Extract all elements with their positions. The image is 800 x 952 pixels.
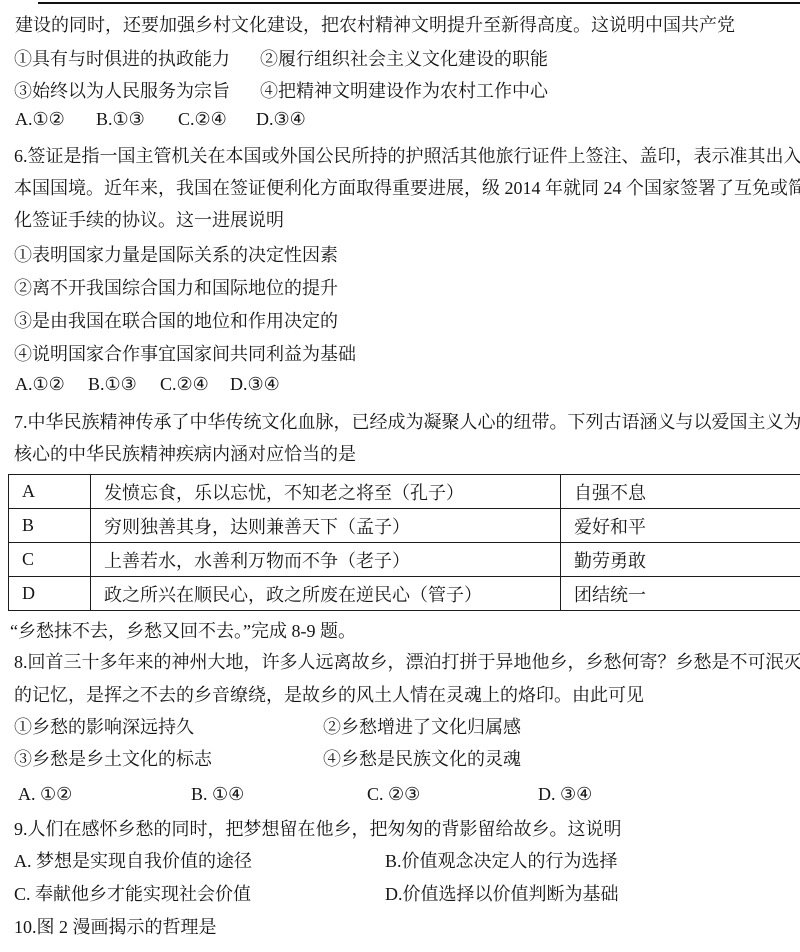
q6-choice-a: A.①② xyxy=(15,372,65,396)
q7-stem-text-2: 核心的中华民族精神疾病内涵对应恰当的是 xyxy=(14,442,356,466)
row-value: 自强不息 xyxy=(561,475,800,509)
q9-stem-text: 9.人们在感怀乡愁的同时，把梦想留在他乡，把匆匆的背影留给故乡。这说明 xyxy=(14,817,622,841)
top-rule-divider xyxy=(38,2,800,4)
q6-stem-text-3: 化签证手续的协议。这一进展说明 xyxy=(14,208,284,232)
q5-option-3: ③始终以为人民服务为宗旨 xyxy=(14,79,230,103)
table-row: D 政之所兴在顺民心，政之所废在逆民心（管子） 团结统一 xyxy=(9,577,800,611)
q5-stem-text: 建设的同时，还要加强乡村文化建设，把农村精神文明提升至新得高度。这说明中国共产党 xyxy=(15,13,735,37)
q8-stem-line-2: 的记忆，是挥之不去的乡音缭绕，是故乡的风土人情在灵魂上的烙印。由此可见 xyxy=(0,683,800,707)
q8-answer-choices: A. ①② B. ①④ C. ②③ D. ③④ xyxy=(0,782,800,806)
row-label: C xyxy=(9,543,91,577)
q5-options-line-2: ③始终以为人民服务为宗旨 ④把精神文明建设作为农村工作中心 xyxy=(0,79,800,103)
row-value: 勤劳勇敢 xyxy=(561,543,800,577)
q6-option-2: ②离不开我国综合国力和国际地位的提升 xyxy=(14,276,338,300)
q8-stem-text-2: 的记忆，是挥之不去的乡音缭绕，是故乡的风土人情在灵魂上的烙印。由此可见 xyxy=(14,683,644,707)
q6-choice-b: B.①③ xyxy=(88,372,137,396)
q6-stem-text-2: 本国国境。近年来，我国在签证便利化方面取得重要进展，级 2014 年就同 24 … xyxy=(14,176,800,200)
q8-stem-line-1: 8.回首三十多年来的神州大地，许多人远离故乡，漂泊打拼于异地他乡，乡愁何寄？乡愁… xyxy=(0,650,800,674)
q9-option-b: B.价值观念决定人的行为选择 xyxy=(385,849,618,873)
q9-options-line-2: C. 奉献他乡才能实现社会价值 D.价值选择以价值判断为基础 xyxy=(0,882,800,906)
q10-stem-line: 10.图 2 漫画揭示的哲理是 xyxy=(0,915,800,939)
row-quote: 政之所兴在顺民心，政之所废在逆民心（管子） xyxy=(91,577,561,611)
q7-stem-text-1: 7.中华民族精神传承了中华传统文化血脉，已经成为凝聚人心的纽带。下列古语涵义与以… xyxy=(14,410,800,434)
q6-option-line-2: ②离不开我国综合国力和国际地位的提升 xyxy=(0,276,800,300)
q9-options-line-1: A. 梦想是实现自我价值的途径 B.价值观念决定人的行为选择 xyxy=(0,849,800,873)
table-row: A 发愤忘食，乐以忘忧，不知老之将至（孔子） 自强不息 xyxy=(9,475,800,509)
q8-option-4: ④乡愁是民族文化的灵魂 xyxy=(323,747,521,771)
row-value: 爱好和平 xyxy=(561,509,800,543)
row-quote: 发愤忘食，乐以忘忧，不知老之将至（孔子） xyxy=(91,475,561,509)
q6-choice-c: C.②④ xyxy=(160,372,209,396)
q5-option-4: ④把精神文明建设作为农村工作中心 xyxy=(260,79,548,103)
q8-choice-b: B. ①④ xyxy=(191,782,244,806)
q6-option-3: ③是由我国在联合国的地位和作用决定的 xyxy=(14,309,338,333)
q5-choice-d: D.③④ xyxy=(256,107,306,131)
table-row: B 穷则独善其身，达则兼善天下（孟子） 爱好和平 xyxy=(9,509,800,543)
q7-match-table: A 发愤忘食，乐以忘忧，不知老之将至（孔子） 自强不息 B 穷则独善其身，达则兼… xyxy=(8,474,800,611)
q6-option-1: ①表明国家力量是国际关系的决定性因素 xyxy=(14,243,338,267)
q6-answer-choices: A.①② B.①③ C.②④ D.③④ xyxy=(0,372,800,396)
q5-stem-line: 建设的同时，还要加强乡村文化建设，把农村精神文明提升至新得高度。这说明中国共产党 xyxy=(0,13,800,37)
q6-stem-text-1: 6.签证是指一国主管机关在本国或外国公民所持的护照活其他旅行证件上签注、盖印，表… xyxy=(14,144,800,168)
q9-option-d: D.价值选择以价值判断为基础 xyxy=(385,882,619,906)
q8-option-2: ②乡愁增进了文化归属感 xyxy=(323,715,521,739)
q5-choice-b: B.①③ xyxy=(96,107,145,131)
q7-stem-line-2: 核心的中华民族精神疾病内涵对应恰当的是 xyxy=(0,442,800,466)
row-label: A xyxy=(9,475,91,509)
q8-intro-line: “乡愁抹不去，乡愁又回不去。”完成 8-9 题。 xyxy=(0,619,800,643)
q6-option-line-4: ④说明国家合作事宜国家间共同利益为基础 xyxy=(0,342,800,366)
q6-stem-line-1: 6.签证是指一国主管机关在本国或外国公民所持的护照活其他旅行证件上签注、盖印，表… xyxy=(0,144,800,168)
q7-stem-line-1: 7.中华民族精神传承了中华传统文化血脉，已经成为凝聚人心的纽带。下列古语涵义与以… xyxy=(0,410,800,434)
q8-choice-a: A. ①② xyxy=(18,782,72,806)
row-value: 团结统一 xyxy=(561,577,800,611)
q9-option-a: A. 梦想是实现自我价值的途径 xyxy=(14,849,252,873)
q6-option-line-3: ③是由我国在联合国的地位和作用决定的 xyxy=(0,309,800,333)
q8-stem-text-1: 8.回首三十多年来的神州大地，许多人远离故乡，漂泊打拼于异地他乡，乡愁何寄？乡愁… xyxy=(14,650,800,674)
q8-option-1: ①乡愁的影响深远持久 xyxy=(14,715,194,739)
q6-stem-line-3: 化签证手续的协议。这一进展说明 xyxy=(0,208,800,232)
q5-choice-c: C.②④ xyxy=(178,107,227,131)
q9-option-c: C. 奉献他乡才能实现社会价值 xyxy=(14,882,251,906)
q8-choice-c: C. ②③ xyxy=(367,782,420,806)
q8-options-line-2: ③乡愁是乡土文化的标志 ④乡愁是民族文化的灵魂 xyxy=(0,747,800,771)
q5-option-1: ①具有与时俱进的执政能力 xyxy=(14,47,230,71)
row-quote: 上善若水，水善利万物而不争（老子） xyxy=(91,543,561,577)
row-label: D xyxy=(9,577,91,611)
q10-stem-text: 10.图 2 漫画揭示的哲理是 xyxy=(14,915,217,939)
q5-option-2: ②履行组织社会主义文化建设的职能 xyxy=(260,47,548,71)
q8-options-line-1: ①乡愁的影响深远持久 ②乡愁增进了文化归属感 xyxy=(0,715,800,739)
q6-option-4: ④说明国家合作事宜国家间共同利益为基础 xyxy=(14,342,356,366)
q5-options-line-1: ①具有与时俱进的执政能力 ②履行组织社会主义文化建设的职能 xyxy=(0,47,800,71)
q6-stem-line-2: 本国国境。近年来，我国在签证便利化方面取得重要进展，级 2014 年就同 24 … xyxy=(0,176,800,200)
q6-option-line-1: ①表明国家力量是国际关系的决定性因素 xyxy=(0,243,800,267)
q8-intro-text: “乡愁抹不去，乡愁又回不去。”完成 8-9 题。 xyxy=(10,619,356,643)
row-label: B xyxy=(9,509,91,543)
q8-option-3: ③乡愁是乡土文化的标志 xyxy=(14,747,212,771)
exam-page: 建设的同时，还要加强乡村文化建设，把农村精神文明提升至新得高度。这说明中国共产党… xyxy=(0,0,800,952)
q8-choice-d: D. ③④ xyxy=(538,782,592,806)
q5-choice-a: A.①② xyxy=(15,107,65,131)
q5-answer-choices: A.①② B.①③ C.②④ D.③④ xyxy=(0,107,800,131)
table-row: C 上善若水，水善利万物而不争（老子） 勤劳勇敢 xyxy=(9,543,800,577)
row-quote: 穷则独善其身，达则兼善天下（孟子） xyxy=(91,509,561,543)
q6-choice-d: D.③④ xyxy=(230,372,280,396)
q9-stem-line: 9.人们在感怀乡愁的同时，把梦想留在他乡，把匆匆的背影留给故乡。这说明 xyxy=(0,817,800,841)
